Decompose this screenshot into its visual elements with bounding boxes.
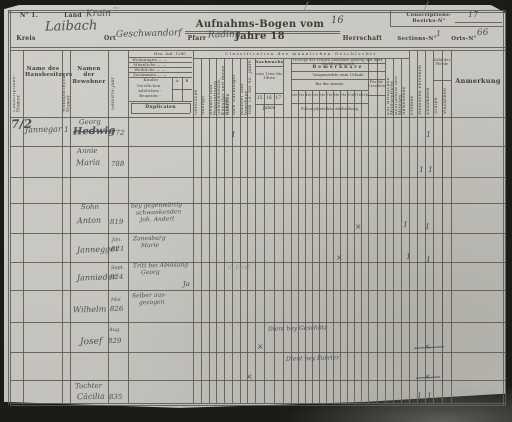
handwriting-entry: Annie <box>77 148 98 156</box>
handwriting-entry: Mai <box>111 298 121 303</box>
handwriting-entry: 1 <box>426 256 431 264</box>
handwriting-entry: 1 <box>426 131 431 139</box>
handwriting-entry: 821 <box>111 246 125 253</box>
handwriting-entry: 829 <box>108 338 122 345</box>
handwriting-entry: Jän. <box>112 238 122 243</box>
handwriting-entry: Sohn <box>81 204 99 211</box>
handwriting-entry: 824 <box>110 274 124 281</box>
handwriting-entry: Aug. <box>109 328 121 333</box>
handwriting-entry: Wilhelm <box>73 306 106 315</box>
pencil-mark: d. Kauf. <box>228 265 252 272</box>
handwriting-entry: 772 <box>111 130 125 137</box>
handwriting-entry: Anton <box>77 217 101 226</box>
handwriting-entry: 1 <box>231 131 236 139</box>
handwriting-entry: Ja <box>183 281 190 288</box>
handwriting-layer: 7/2Jannegar1GeorgHedwig77211AnnieMaria78… <box>0 0 512 422</box>
handwriting-entry: Laibach <box>45 19 98 33</box>
handwriting-entry: 1 <box>419 166 424 174</box>
handwriting-entry: Sept. <box>111 266 124 271</box>
handwriting-entry: × <box>424 343 431 351</box>
handwriting-entry: Hedwig <box>73 126 115 137</box>
handwriting-entry: 835 <box>109 394 123 401</box>
handwriting-entry: 1 <box>425 223 430 231</box>
handwriting-entry: gezogen <box>139 300 165 307</box>
handwriting-entry: 826 <box>110 306 124 313</box>
handwriting-entry: Jannegar <box>25 126 62 135</box>
handwriting-entry: 16 <box>331 16 344 26</box>
handwriting-entry: × <box>257 343 264 351</box>
handwriting-entry: × <box>246 373 253 381</box>
handwriting-entry: 1 <box>64 126 69 134</box>
handwriting-entry: Marie <box>141 243 159 249</box>
pencil-mark: / <box>303 1 308 15</box>
handwriting-entry: Josef <box>80 338 103 348</box>
photo-shadow <box>282 382 512 422</box>
handwriting-entry: Maria <box>76 159 100 168</box>
handwriting-entry: Dient bey Favrier <box>286 355 339 362</box>
handwriting-entry: Joh. Anderl <box>140 217 174 224</box>
handwriting-entry: 819 <box>110 219 124 226</box>
handwriting-entry: 1 <box>406 253 411 261</box>
handwriting-entry: Cäcilia <box>77 393 105 402</box>
handwriting-entry: 1 <box>436 30 441 38</box>
handwriting-entry: 1 <box>403 221 408 229</box>
handwriting-entry: × <box>336 254 343 262</box>
handwriting-entry: Rading <box>208 31 241 41</box>
handwriting-entry: Georg <box>141 270 160 276</box>
handwriting-entry: 17 <box>468 11 478 19</box>
handwriting-entry: × <box>355 223 362 231</box>
handwriting-entry: 1 <box>428 166 433 174</box>
handwriting-entry: Geschwandorf <box>116 29 182 40</box>
handwriting-entry: 66 <box>477 29 489 38</box>
handwriting-entry: Dient bey Geschütz <box>268 325 327 333</box>
handwriting-entry: 788 <box>111 161 125 168</box>
scanned-document: N° 1.LandAufnahms-Bogen vom Jahre 18Cons… <box>0 0 512 422</box>
handwriting-entry: × <box>424 373 431 381</box>
pencil-mark: / <box>424 0 428 12</box>
handwriting-entry: Tochter <box>75 383 102 391</box>
pencil-mark: ~ <box>112 4 121 14</box>
